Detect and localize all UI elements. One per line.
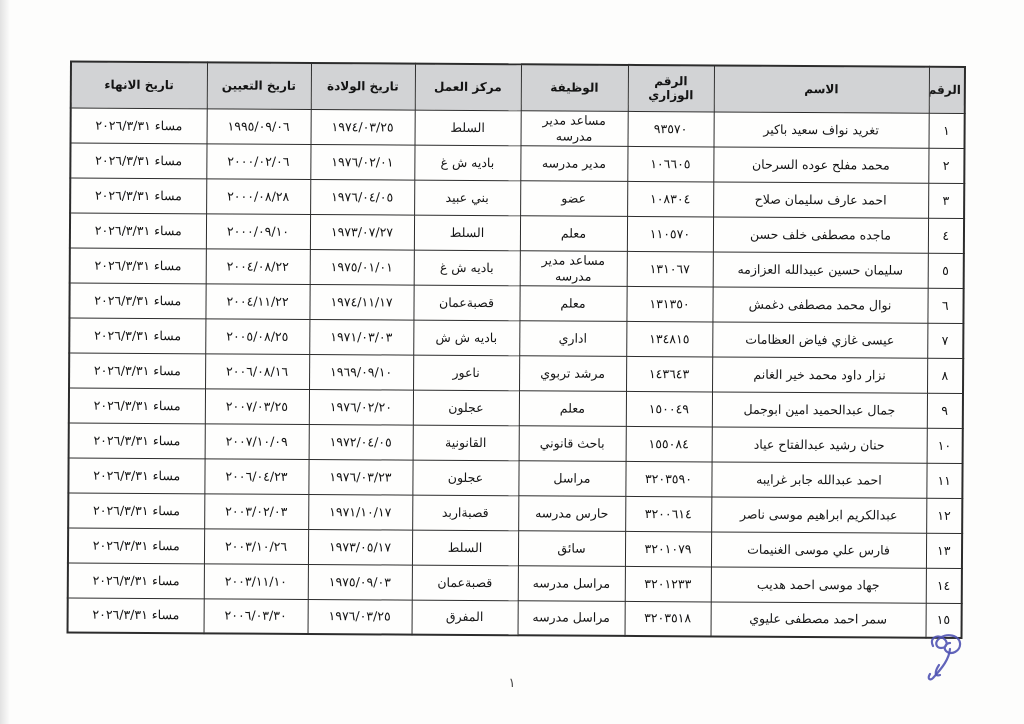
- cell-job-title: حارس مدرسه: [518, 495, 625, 531]
- cell-hire-date: ٢٠٠٥/٠٨/٢٥: [205, 318, 309, 354]
- table-row: ١٥ سمر احمد مصطفى عليوي ٣٢٠٣٥١٨ مراسل مد…: [68, 598, 962, 638]
- table-row: ٤ ماجده مصطفى خلف حسن ١١٠٥٧٠ معلم السلط …: [70, 213, 964, 253]
- col-header-hire-date: تاريخ التعيين: [207, 62, 311, 109]
- cell-end-date: مساء ٢٠٢٦/٣/٣١: [70, 248, 206, 284]
- cell-job-title: اداري: [519, 320, 626, 356]
- cell-hire-date: ١٩٩٥/٠٩/٠٦: [207, 108, 311, 144]
- cell-end-date: مساء ٢٠٢٦/٣/٣١: [68, 493, 204, 529]
- cell-end-date: مساء ٢٠٢٦/٣/٣١: [68, 458, 204, 494]
- cell-birth-date: ١٩٦٩/٠٩/١٠: [309, 354, 413, 390]
- cell-work-center: السلط: [415, 110, 521, 146]
- table-row: ٩ جمال عبدالحميد امين ابوجمل ١٥٠٠٤٩ معلم…: [69, 388, 963, 428]
- cell-birth-date: ١٩٧٥/٠١/٠١: [310, 249, 414, 285]
- cell-hire-date: ٢٠٠٧/١٠/٠٩: [205, 423, 309, 459]
- cell-employee-name: ماجده مصطفى خلف حسن: [713, 216, 928, 252]
- cell-row-number: ١٤: [926, 568, 962, 603]
- cell-end-date: مساء ٢٠٢٦/٣/٣١: [70, 143, 206, 179]
- cell-birth-date: ١٩٧٤/١١/١٧: [309, 284, 413, 320]
- table-row: ١٢ عبدالكريم ابراهيم موسى ناصر ٣٢٠٠٦١٤ ح…: [68, 493, 962, 533]
- cell-hire-date: ٢٠٠٠/٠٢/٠٦: [206, 143, 310, 179]
- cell-end-date: مساء ٢٠٢٦/٣/٣١: [69, 353, 205, 389]
- cell-end-date: مساء ٢٠٢٦/٣/٣١: [69, 388, 205, 424]
- table-row: ٣ احمد عارف سليمان صلاح ١٠٨٣٠٤ عضو بني ع…: [70, 178, 964, 218]
- cell-work-center: قصبةعمان: [412, 565, 518, 601]
- cell-employee-name: عيسى غازي فياض العظامات: [712, 321, 927, 357]
- col-header-no: الرقم: [929, 67, 965, 113]
- table-row: ١ تغريد نواف سعيد باكير ٩٣٥٧٠ مساعد مدير…: [71, 108, 965, 148]
- cell-ministry-number: ١٤٣٦٤٣: [626, 356, 712, 392]
- cell-row-number: ٤: [928, 218, 964, 253]
- cell-job-title: مراسل: [518, 460, 625, 496]
- table-row: ٧ عيسى غازي فياض العظامات ١٣٤٨١٥ اداري ب…: [69, 318, 963, 358]
- cell-birth-date: ١٩٧٢/٠٤/٠٥: [309, 424, 413, 460]
- cell-work-center: المفرق: [412, 600, 518, 636]
- col-header-job: الوظيفة: [521, 64, 628, 111]
- cell-row-number: ٣: [928, 183, 964, 218]
- cell-ministry-number: ١٥٥٠٨٤: [626, 426, 712, 462]
- cell-row-number: ١٠: [927, 428, 963, 463]
- cell-employee-name: احمد عبدالله جابر غرايبه: [711, 461, 926, 497]
- cell-work-center: باديه ش غ: [414, 145, 520, 181]
- cell-birth-date: ١٩٧٦/٠٣/٢٣: [308, 459, 412, 495]
- cell-ministry-number: ٣٢٠٠٦١٤: [625, 496, 711, 532]
- cell-job-title: باحث قانوني: [519, 425, 626, 461]
- cell-row-number: ١: [928, 113, 964, 148]
- cell-employee-name: حنان رشيد عبدالفتاح عياد: [712, 426, 927, 462]
- cell-ministry-number: ٣٢٠١٠٧٩: [625, 531, 711, 567]
- cell-end-date: مساء ٢٠٢٦/٣/٣١: [70, 213, 206, 249]
- table-row: ٢ محمد مفلح عوده السرحان ١٠٦٦٠٥ مدير مدر…: [70, 143, 964, 183]
- table-row: ٨ نزار داود محمد خير الغانم ١٤٣٦٤٣ مرشد …: [69, 353, 963, 393]
- cell-end-date: مساء ٢٠٢٦/٣/٣١: [71, 108, 207, 144]
- cell-employee-name: تغريد نواف سعيد باكير: [714, 111, 929, 147]
- cell-end-date: مساء ٢٠٢٦/٣/٣١: [69, 283, 205, 319]
- cell-hire-date: ٢٠٠٣/١١/١٠: [204, 563, 308, 599]
- cell-row-number: ٦: [927, 288, 963, 323]
- cell-ministry-number: ١٣١٣٥٠: [626, 286, 712, 322]
- cell-birth-date: ١٩٧٥/٠٩/٠٣: [308, 564, 412, 600]
- cell-ministry-number: ١٣٤٨١٥: [626, 321, 712, 357]
- cell-work-center: باديه ش ش: [413, 320, 519, 356]
- cell-ministry-number: ١٣١٠٦٧: [627, 251, 713, 287]
- cell-ministry-number: ١٠٨٣٠٤: [627, 181, 713, 217]
- cell-birth-date: ١٩٧٣/٠٧/٢٧: [310, 214, 414, 250]
- cell-employee-name: عبدالكريم ابراهيم موسى ناصر: [711, 496, 926, 532]
- table-body: ١ تغريد نواف سعيد باكير ٩٣٥٧٠ مساعد مدير…: [68, 108, 965, 638]
- cell-end-date: مساء ٢٠٢٦/٣/٣١: [68, 598, 204, 634]
- cell-row-number: ٢: [928, 148, 964, 183]
- employees-table: الرقم الاسم الرقم الوزاري الوظيفة مركز ا…: [67, 61, 966, 639]
- cell-ministry-number: ١١٠٥٧٠: [627, 216, 713, 252]
- cell-birth-date: ١٩٧٦/٠٢/٢٠: [309, 389, 413, 425]
- cell-birth-date: ١٩٧١/١٠/١٧: [308, 494, 412, 530]
- signature-mark: [920, 633, 970, 691]
- cell-ministry-number: ١٠٦٦٠٥: [627, 146, 713, 182]
- cell-work-center: ناعور: [413, 355, 519, 391]
- cell-employee-name: نوال محمد مصطفى دغمش: [712, 286, 927, 322]
- col-header-name: الاسم: [714, 65, 929, 112]
- cell-hire-date: ٢٠٠٠/٠٨/٢٨: [206, 178, 310, 214]
- cell-job-title: معلم: [519, 390, 626, 426]
- cell-work-center: قصبةعمان: [413, 285, 519, 321]
- cell-hire-date: ٢٠٠٦/٠٣/٣٠: [204, 598, 308, 634]
- cell-work-center: القانونية: [413, 425, 519, 461]
- page-number: ١: [498, 676, 526, 691]
- table-row: ٦ نوال محمد مصطفى دغمش ١٣١٣٥٠ معلم قصبةع…: [69, 283, 963, 323]
- cell-end-date: مساء ٢٠٢٦/٣/٣١: [68, 528, 204, 564]
- cell-hire-date: ٢٠٠٧/٠٣/٢٥: [205, 388, 309, 424]
- cell-job-title: عضو: [520, 180, 627, 216]
- cell-job-title: سائق: [518, 530, 625, 566]
- cell-birth-date: ١٩٧٤/٠٣/٢٥: [311, 109, 415, 145]
- cell-job-title: مدير مدرسه: [520, 145, 627, 181]
- cell-hire-date: ٢٠٠٦/٠٨/١٦: [205, 353, 309, 389]
- scan-edge-shadow: [0, 0, 10, 724]
- col-header-work-center: مركز العمل: [415, 64, 521, 111]
- cell-hire-date: ٢٠٠٣/٠٢/٠٣: [204, 493, 308, 529]
- cell-job-title: مساعد مدير مدرسه: [520, 250, 627, 286]
- scanned-page: الرقم الاسم الرقم الوزاري الوظيفة مركز ا…: [0, 0, 1024, 724]
- cell-job-title: مرشد تربوي: [519, 355, 626, 391]
- col-header-ministry-no: الرقم الوزاري: [628, 65, 714, 112]
- col-header-end-date: تاريخ الانهاء: [71, 62, 207, 109]
- cell-work-center: باديه ش غ: [414, 250, 520, 286]
- cell-work-center: السلط: [414, 215, 520, 251]
- cell-job-title: مراسل مدرسه: [518, 600, 625, 636]
- cell-work-center: قصبةاربد: [412, 495, 518, 531]
- cell-employee-name: فارس علي موسى الغنيمات: [711, 531, 926, 567]
- cell-employee-name: نزار داود محمد خير الغانم: [712, 356, 927, 392]
- cell-row-number: ٩: [927, 393, 963, 428]
- cell-ministry-number: ٣٢٠٣٥٩٠: [625, 461, 711, 497]
- cell-row-number: ٧: [927, 323, 963, 358]
- table-row: ٥ سليمان حسين عبيدالله العزازمه ١٣١٠٦٧ م…: [70, 248, 964, 288]
- cell-ministry-number: ٣٢٠١٢٣٣: [625, 566, 711, 602]
- cell-work-center: عجلون: [412, 460, 518, 496]
- cell-birth-date: ١٩٧١/٠٣/٠٣: [309, 319, 413, 355]
- cell-birth-date: ١٩٧٦/٠٢/٠١: [310, 144, 414, 180]
- header-row: الرقم الاسم الرقم الوزاري الوظيفة مركز ا…: [71, 62, 965, 113]
- cell-row-number: ١٣: [926, 533, 962, 568]
- cell-end-date: مساء ٢٠٢٦/٣/٣١: [68, 563, 204, 599]
- cell-row-number: ٨: [927, 358, 963, 393]
- cell-employee-name: سليمان حسين عبيدالله العزازمه: [713, 251, 928, 287]
- cell-job-title: معلم: [519, 285, 626, 321]
- cell-row-number: ٥: [928, 253, 964, 288]
- cell-end-date: مساء ٢٠٢٦/٣/٣١: [69, 318, 205, 354]
- cell-job-title: مراسل مدرسه: [518, 565, 625, 601]
- cell-hire-date: ٢٠٠٦/٠٤/٢٣: [204, 458, 308, 494]
- cell-hire-date: ٢٠٠٣/١٠/٢٦: [204, 528, 308, 564]
- cell-hire-date: ٢٠٠٠/٠٩/١٠: [206, 213, 310, 249]
- cell-employee-name: سمر احمد مصطفى عليوي: [711, 601, 926, 637]
- cell-end-date: مساء ٢٠٢٦/٣/٣١: [69, 423, 205, 459]
- cell-hire-date: ٢٠٠٤/٠٨/٢٢: [206, 248, 310, 284]
- cell-employee-name: جهاد موسى احمد هديب: [711, 566, 926, 602]
- cell-work-center: بني عبيد: [414, 180, 520, 216]
- cell-row-number: ١١: [926, 463, 962, 498]
- cell-end-date: مساء ٢٠٢٦/٣/٣١: [70, 178, 206, 214]
- cell-row-number: ١٢: [926, 498, 962, 533]
- cell-birth-date: ١٩٧٦/٠٤/٠٥: [310, 179, 414, 215]
- table-row: ١١ احمد عبدالله جابر غرايبه ٣٢٠٣٥٩٠ مراس…: [68, 458, 962, 498]
- table-row: ١٠ حنان رشيد عبدالفتاح عياد ١٥٥٠٨٤ باحث …: [69, 423, 963, 463]
- cell-job-title: مساعد مدير مدرسه: [521, 110, 628, 146]
- table-row: ١٣ فارس علي موسى الغنيمات ٣٢٠١٠٧٩ سائق ا…: [68, 528, 962, 568]
- cell-birth-date: ١٩٧٦/٠٣/٢٥: [308, 599, 412, 635]
- col-header-birth-date: تاريخ الولادة: [311, 63, 415, 110]
- cell-ministry-number: ١٥٠٠٤٩: [626, 391, 712, 427]
- cell-employee-name: احمد عارف سليمان صلاح: [713, 181, 928, 217]
- cell-work-center: عجلون: [413, 390, 519, 426]
- cell-employee-name: جمال عبدالحميد امين ابوجمل: [712, 391, 927, 427]
- cell-ministry-number: ٣٢٠٣٥١٨: [625, 601, 711, 637]
- cell-work-center: السلط: [412, 530, 518, 566]
- cell-job-title: معلم: [520, 215, 627, 251]
- table-row: ١٤ جهاد موسى احمد هديب ٣٢٠١٢٣٣ مراسل مدر…: [68, 563, 962, 603]
- cell-employee-name: محمد مفلح عوده السرحان: [713, 146, 928, 182]
- cell-hire-date: ٢٠٠٤/١١/٢٢: [205, 283, 309, 319]
- cell-ministry-number: ٩٣٥٧٠: [628, 111, 714, 147]
- cell-birth-date: ١٩٧٣/٠٥/١٧: [308, 529, 412, 565]
